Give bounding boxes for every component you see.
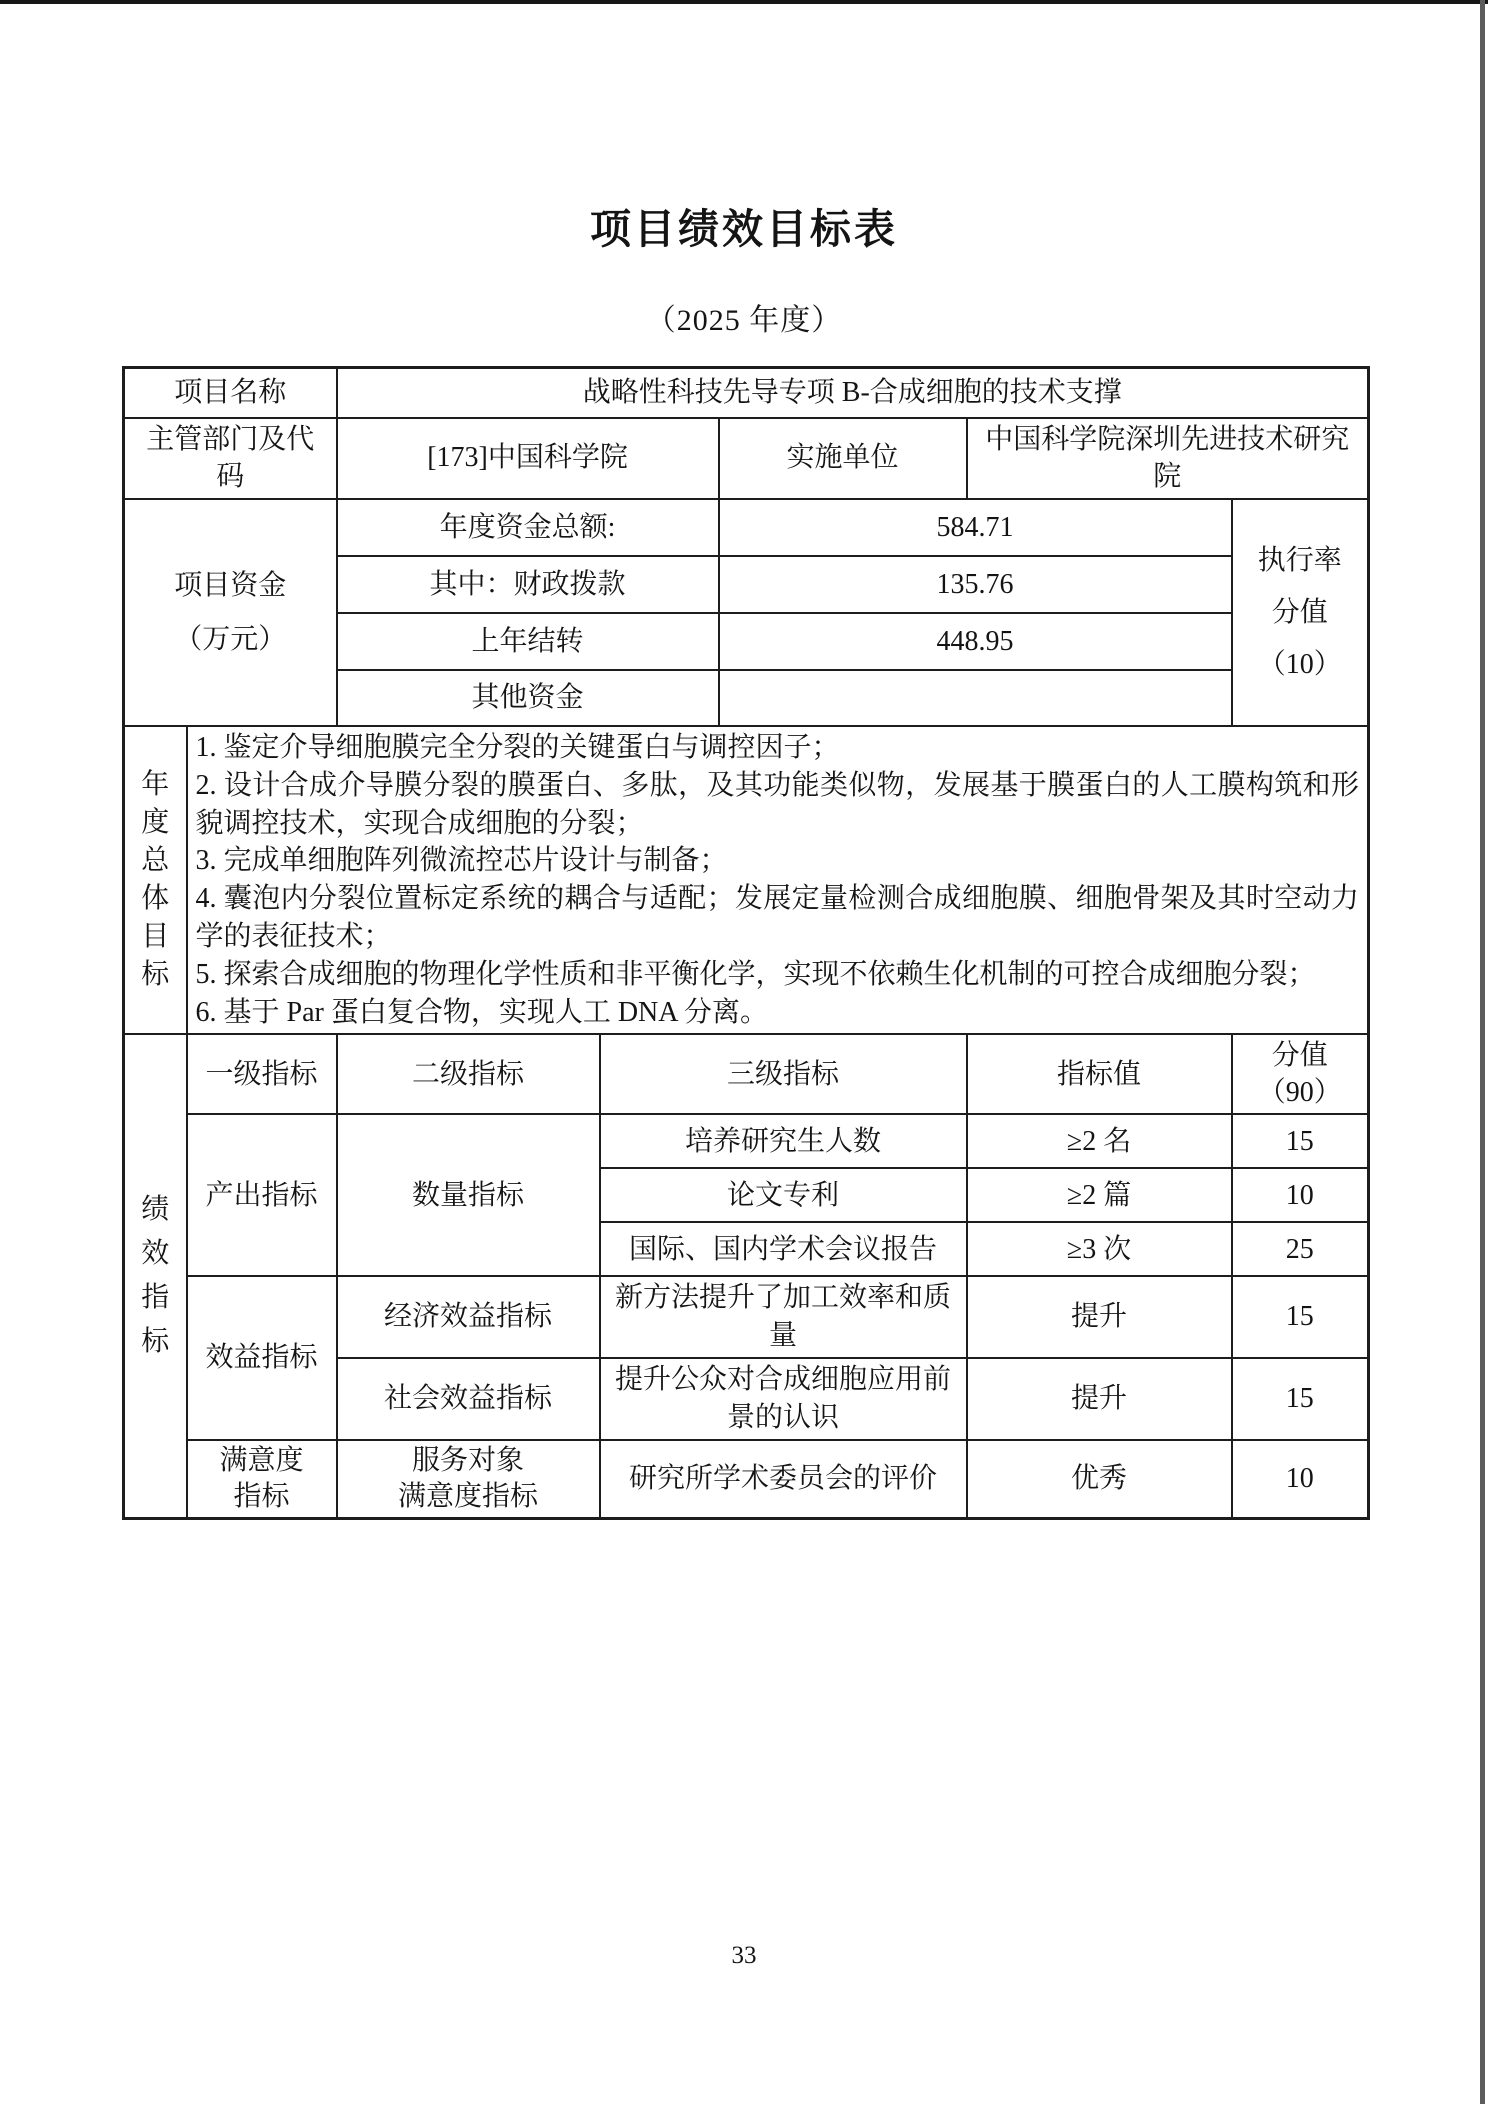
indicator-l3: 培养研究生人数 bbox=[600, 1114, 967, 1168]
annual-goals-label-char: 度 bbox=[141, 804, 169, 842]
indicator-value: 优秀 bbox=[967, 1440, 1232, 1519]
goal-item: 2. 设计合成介导膜分裂的膜蛋白、多肽，及其功能类似物，发展基于膜蛋白的人工膜构… bbox=[196, 767, 1360, 843]
project-name-label: 项目名称 bbox=[124, 368, 337, 418]
group-economic: 经济效益指标 bbox=[337, 1276, 600, 1358]
indicator-score: 10 bbox=[1232, 1168, 1369, 1222]
header-score-line1: 分值 bbox=[1241, 1037, 1360, 1074]
funding-row-value: 584.71 bbox=[719, 499, 1232, 556]
annual-goals-text: 1. 鉴定介导细胞膜完全分裂的关键蛋白与调控因子； 2. 设计合成介导膜分裂的膜… bbox=[187, 726, 1369, 1034]
indicator-value: 提升 bbox=[967, 1276, 1232, 1358]
table-row: 主管部门及代码 [173]中国科学院 实施单位 中国科学院深圳先进技术研究院 bbox=[124, 418, 1369, 500]
goal-item: 3. 完成单细胞阵列微流控芯片设计与制备； bbox=[196, 842, 1360, 880]
header-level1: 一级指标 bbox=[187, 1034, 337, 1114]
table-row: 项目名称 战略性科技先导专项 B-合成细胞的技术支撑 bbox=[124, 368, 1369, 418]
group-social: 社会效益指标 bbox=[337, 1358, 600, 1440]
annual-goals-label: 年 度 总 体 目 标 bbox=[124, 726, 187, 1034]
funding-label: 项目资金 （万元） bbox=[124, 499, 337, 726]
indicator-value: ≥3 次 bbox=[967, 1222, 1232, 1276]
table-row: 效益指标 经济效益指标 新方法提升了加工效率和质量 提升 15 bbox=[124, 1276, 1369, 1358]
indicators-label-char: 绩 bbox=[141, 1188, 169, 1232]
group-service: 服务对象 满意度指标 bbox=[337, 1440, 600, 1519]
dept-value: [173]中国科学院 bbox=[337, 418, 719, 500]
annual-goals-label-char: 总 bbox=[141, 842, 169, 880]
performance-target-table: 项目名称 战略性科技先导专项 B-合成细胞的技术支撑 主管部门及代码 [173]… bbox=[122, 366, 1370, 1520]
indicators-label-char: 效 bbox=[141, 1232, 169, 1276]
exec-rate-line3: （10） bbox=[1241, 639, 1360, 691]
goal-item: 6. 基于 Par 蛋白复合物，实现人工 DNA 分离。 bbox=[196, 994, 1360, 1032]
annual-goals-label-char: 目 bbox=[141, 918, 169, 956]
goal-item: 1. 鉴定介导细胞膜完全分裂的关键蛋白与调控因子； bbox=[196, 729, 1360, 767]
group-quantity: 数量指标 bbox=[337, 1114, 600, 1276]
indicators-label-char: 标 bbox=[141, 1320, 169, 1364]
indicator-score: 15 bbox=[1232, 1114, 1369, 1168]
exec-rate-label: 执行率 分值 （10） bbox=[1232, 499, 1369, 726]
header-level3: 三级指标 bbox=[600, 1034, 967, 1114]
page-subtitle: （2025 年度） bbox=[0, 295, 1488, 339]
funding-label-line2: （万元） bbox=[133, 613, 328, 667]
funding-row-label: 上年结转 bbox=[337, 613, 719, 670]
header-score-line2: （90） bbox=[1241, 1074, 1360, 1111]
indicator-score: 15 bbox=[1232, 1276, 1369, 1358]
funding-label-line1: 项目资金 bbox=[133, 559, 328, 613]
group-satisfaction-line2: 指标 bbox=[196, 1479, 328, 1515]
page-number: 33 bbox=[0, 1942, 1488, 1970]
indicator-score: 15 bbox=[1232, 1358, 1369, 1440]
funding-row-label: 其中：财政拨款 bbox=[337, 556, 719, 613]
annual-goals-label-char: 体 bbox=[141, 880, 169, 918]
exec-rate-line2: 分值 bbox=[1241, 587, 1360, 639]
indicator-score: 25 bbox=[1232, 1222, 1369, 1276]
table-row: 满意度 指标 服务对象 满意度指标 研究所学术委员会的评价 优秀 10 bbox=[124, 1440, 1369, 1519]
scan-edge-right bbox=[1480, 0, 1485, 2104]
group-satisfaction-line1: 满意度 bbox=[196, 1443, 328, 1479]
impl-unit-label: 实施单位 bbox=[719, 418, 967, 500]
annual-goals-label-char: 标 bbox=[141, 956, 169, 994]
impl-unit-value: 中国科学院深圳先进技术研究院 bbox=[967, 418, 1369, 500]
project-name-value: 战略性科技先导专项 B-合成细胞的技术支撑 bbox=[337, 368, 1369, 418]
indicator-value: ≥2 名 bbox=[967, 1114, 1232, 1168]
scan-edge-top bbox=[0, 0, 1488, 4]
funding-row-value: 448.95 bbox=[719, 613, 1232, 670]
indicator-score: 10 bbox=[1232, 1440, 1369, 1519]
indicator-l3: 国际、国内学术会议报告 bbox=[600, 1222, 967, 1276]
indicator-value: ≥2 篇 bbox=[967, 1168, 1232, 1222]
funding-row-label: 其他资金 bbox=[337, 670, 719, 726]
indicators-label-char: 指 bbox=[141, 1276, 169, 1320]
indicator-l3: 研究所学术委员会的评价 bbox=[600, 1440, 967, 1519]
group-output: 产出指标 bbox=[187, 1114, 337, 1276]
indicator-l3: 提升公众对合成细胞应用前景的认识 bbox=[600, 1358, 967, 1440]
header-level2: 二级指标 bbox=[337, 1034, 600, 1114]
indicator-value: 提升 bbox=[967, 1358, 1232, 1440]
group-benefit: 效益指标 bbox=[187, 1276, 337, 1439]
annual-goals-label-char: 年 bbox=[141, 766, 169, 804]
exec-rate-line1: 执行率 bbox=[1241, 535, 1360, 587]
indicator-l3: 论文专利 bbox=[600, 1168, 967, 1222]
group-satisfaction: 满意度 指标 bbox=[187, 1440, 337, 1519]
funding-row-value: 135.76 bbox=[719, 556, 1232, 613]
group-service-line1: 服务对象 bbox=[346, 1443, 591, 1479]
goal-item: 4. 囊泡内分裂位置标定系统的耦合与适配；发展定量检测合成细胞膜、细胞骨架及其时… bbox=[196, 880, 1360, 956]
indicator-l3: 新方法提升了加工效率和质量 bbox=[600, 1276, 967, 1358]
table-row: 年 度 总 体 目 标 1. 鉴定介导细胞膜完全分裂的关键蛋白与调控因子； 2.… bbox=[124, 726, 1369, 1034]
goal-item: 5. 探索合成细胞的物理化学性质和非平衡化学，实现不依赖生化机制的可控合成细胞分… bbox=[196, 956, 1360, 994]
dept-label: 主管部门及代码 bbox=[124, 418, 337, 500]
table-row: 绩 效 指 标 一级指标 二级指标 三级指标 指标值 分值 （90） bbox=[124, 1034, 1369, 1114]
header-value: 指标值 bbox=[967, 1034, 1232, 1114]
table-row: 产出指标 数量指标 培养研究生人数 ≥2 名 15 bbox=[124, 1114, 1369, 1168]
group-service-line2: 满意度指标 bbox=[346, 1479, 591, 1515]
header-score: 分值 （90） bbox=[1232, 1034, 1369, 1114]
indicators-label: 绩 效 指 标 bbox=[124, 1034, 187, 1518]
table-row: 项目资金 （万元） 年度资金总额: 584.71 执行率 分值 （10） bbox=[124, 499, 1369, 556]
funding-row-value bbox=[719, 670, 1232, 726]
funding-row-label: 年度资金总额: bbox=[337, 499, 719, 556]
page-title: 项目绩效目标表 bbox=[0, 0, 1488, 255]
